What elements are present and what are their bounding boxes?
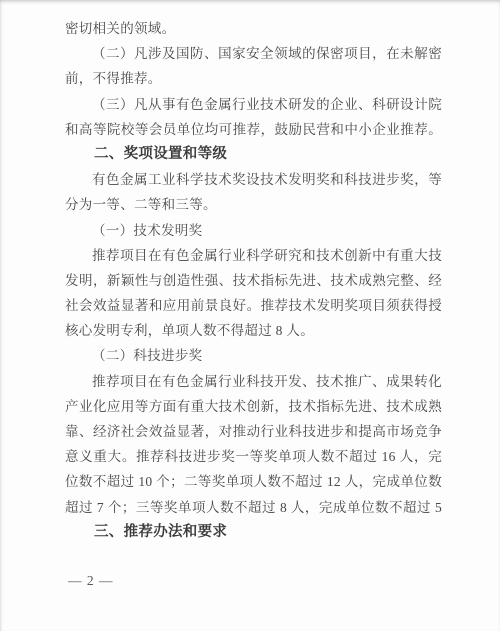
body-line: 社会效益显著和应用前景良好。推荐技术发明奖项目须获得授权 (65, 293, 442, 318)
body-line: 推荐项目在有色金属行业科技开发、技术推广、成果转化和 (65, 369, 442, 394)
sub-heading: （一）技术发明奖 (65, 218, 442, 243)
body-line: 前，不得推荐。 (65, 66, 442, 91)
body-line: 意义重大。推荐科技进步奖一等奖单项人数不超过 16 人，完成单 (65, 444, 442, 469)
document-body: 密切相关的领域。（二）凡涉及国防、国家安全领域的保密项目，在未解密之前，不得推荐… (65, 16, 442, 545)
section-heading: 二、奖项设置和等级 (65, 142, 442, 167)
body-line: 密切相关的领域。 (65, 16, 442, 41)
body-line: 和高等院校等会员单位均可推荐，鼓励民营和中小企业推荐。 (65, 117, 442, 142)
section-heading: 三、推荐办法和要求 (65, 520, 442, 545)
body-line: 推荐项目在有色金属行业科学研究和技术创新中有重大技术 (65, 243, 442, 268)
body-line: 有色金属工业科学技术奖设技术发明奖和科技进步奖，等级 (65, 167, 442, 192)
body-line: 靠、经济社会效益显著，对推动行业科技进步和提高市场竞争力 (65, 419, 442, 444)
document-page: 密切相关的领域。（二）凡涉及国防、国家安全领域的保密项目，在未解密之前，不得推荐… (0, 0, 500, 631)
page-number: — 2 — (68, 568, 114, 593)
body-line: 核心发明专利，单项人数不得超过 8 人。 (65, 318, 442, 343)
body-line: 产业化应用等方面有重大技术创新，技术指标先进、技术成熟可 (65, 394, 442, 419)
body-line: 位数不超过 10 个；二等奖单项人数不超过 12 人，完成单位数不 (65, 469, 442, 494)
body-line: （三）凡从事有色金属行业技术研发的企业、科研设计院所 (65, 92, 442, 117)
body-line: 超过 7 个；三等奖单项人数不超过 8 人，完成单位数不超过 5 个。 (65, 495, 442, 520)
sub-heading: （二）科技进步奖 (65, 343, 442, 368)
body-line: 发明，新颖性与创造性强、技术指标先进、技术成熟完整、经济 (65, 268, 442, 293)
body-line: （二）凡涉及国防、国家安全领域的保密项目，在未解密之 (65, 41, 442, 66)
body-line: 分为一等、二等和三等。 (65, 192, 442, 217)
